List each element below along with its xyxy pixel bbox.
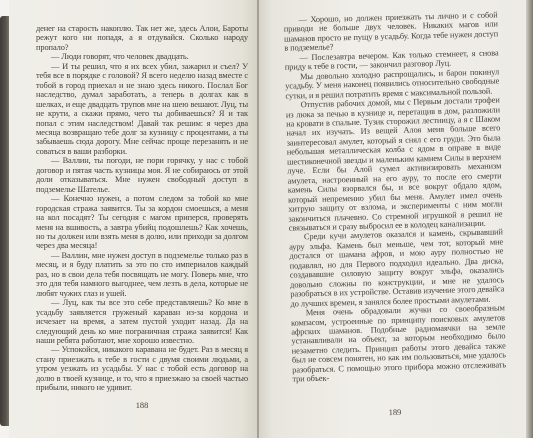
page-number-left: 188 xyxy=(36,401,248,410)
paragraph: денег на старость накоплю. Так нет же, з… xyxy=(36,24,248,52)
left-page-text: денег на старость накоплю. Так нет же, з… xyxy=(36,24,248,393)
book-edge-right xyxy=(526,0,533,438)
paragraph: — Люди говорят, что человек двадцать. xyxy=(36,52,248,61)
book-photo: денег на старость накоплю. Так нет же, з… xyxy=(0,0,533,438)
paragraph: — Валлин, мне нужен доступ в подземелье … xyxy=(36,251,248,298)
book-edge-left xyxy=(0,16,9,426)
paragraph: — Хорошо, но должен приезжать ты лично и… xyxy=(284,10,499,53)
paragraph: — И ты решил, что я их всех убил, зажари… xyxy=(36,62,248,157)
book-spine xyxy=(257,0,259,438)
paragraph: — Успокойся, никакого каравана не будет.… xyxy=(36,345,248,392)
paragraph: Среди кучи амулетов оказался и камень, с… xyxy=(289,228,505,309)
right-page-text: — Хорошо, но должен приезжать ты лично и… xyxy=(284,10,507,384)
paragraph: Меня очень обрадовали жучки со своеобраз… xyxy=(291,303,507,384)
paragraph: Отпустив рабочих домой, мы с Первым дост… xyxy=(286,95,503,233)
paragraph: — Валлин, ты погоди, не пори горячку, у … xyxy=(36,156,248,194)
paragraph: — Луц, как ты все это себе представляешь… xyxy=(36,298,248,345)
paragraph: — Конечно нужен, а потом следом за тобой… xyxy=(36,194,248,251)
